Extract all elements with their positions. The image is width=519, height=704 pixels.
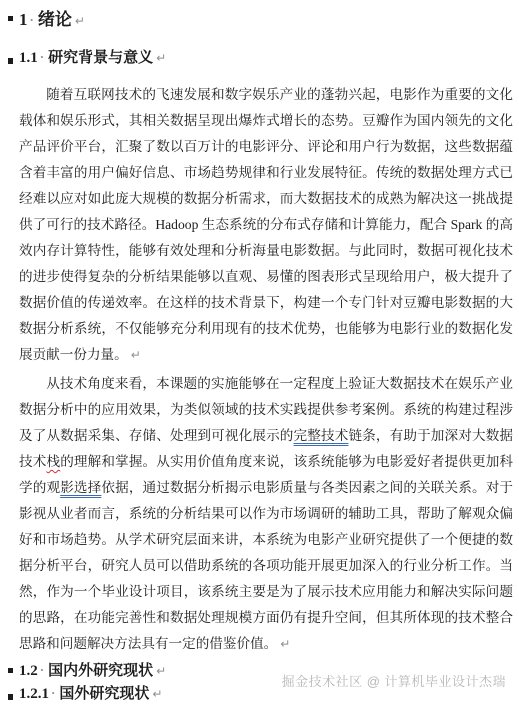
heading-number: 1.2	[19, 663, 38, 679]
watermark: 掘金技术社区 @ 计算机毕业设计杰瑞	[282, 671, 506, 690]
document-content: 1·绪论↵ 1.1·研究背景与意义↵ 随着互联网技术的飞速发展和数字娱乐产业的蓬…	[0, 0, 519, 704]
document-page: 1·绪论↵ 1.1·研究背景与意义↵ 随着互联网技术的飞速发展和数字娱乐产业的蓬…	[0, 0, 519, 704]
heading-number: 1	[19, 10, 28, 29]
grammar-flagged-text: 完整技术	[294, 428, 349, 443]
outline-collapse-icon[interactable]	[8, 58, 13, 64]
space-mark-icon: ·	[30, 9, 34, 31]
heading-number: 1.2.1	[19, 686, 49, 702]
paragraph-mark-icon: ↵	[152, 687, 162, 701]
space-mark-icon: ·	[51, 683, 55, 703]
paragraph-2[interactable]: 从技术角度来看，本课题的实施能够在一定程度上验证大数据技术在娱乐产业数据分析中的…	[19, 371, 513, 657]
space-mark-icon: ·	[40, 47, 44, 67]
heading-title: 研究背景与意义	[48, 50, 153, 66]
paragraph-1-text: 随着互联网技术的飞速发展和数字娱乐产业的蓬勃兴起，电影作为重要的文化载体和娱乐形…	[19, 87, 513, 362]
grammar-flagged-text: 影选择	[60, 480, 101, 495]
heading-title: 国外研究现状	[59, 686, 149, 702]
heading-title: 国内外研究现状	[48, 663, 153, 679]
outline-collapse-icon[interactable]	[8, 668, 13, 673]
paragraph-2-text: 依据，通过数据分析揭示电影质量与各类因素之间的关联关系。对于影视从业者而言，系统…	[19, 480, 513, 651]
spellcheck-flagged-text: 栈	[46, 454, 60, 469]
paragraph-mark-icon: ↵	[156, 51, 166, 65]
outline-collapse-icon[interactable]	[8, 16, 13, 21]
paragraph-1[interactable]: 随着互联网技术的飞速发展和数字娱乐产业的蓬勃兴起，电影作为重要的文化载体和娱乐形…	[19, 82, 513, 368]
paragraph-mark-icon: ↵	[131, 348, 141, 362]
heading-title: 绪论	[38, 10, 72, 29]
space-mark-icon: ·	[40, 660, 44, 680]
heading-number: 1.1	[19, 50, 38, 66]
paragraph-mark-icon: ↵	[156, 664, 166, 678]
paragraph-mark-icon: ↵	[280, 637, 290, 651]
heading-1-chapter[interactable]: 1·绪论↵	[19, 9, 513, 32]
heading-1-1-section[interactable]: 1.1·研究背景与意义↵	[19, 48, 513, 68]
paragraph-mark-icon: ↵	[75, 14, 85, 28]
outline-collapse-icon[interactable]	[8, 694, 13, 700]
